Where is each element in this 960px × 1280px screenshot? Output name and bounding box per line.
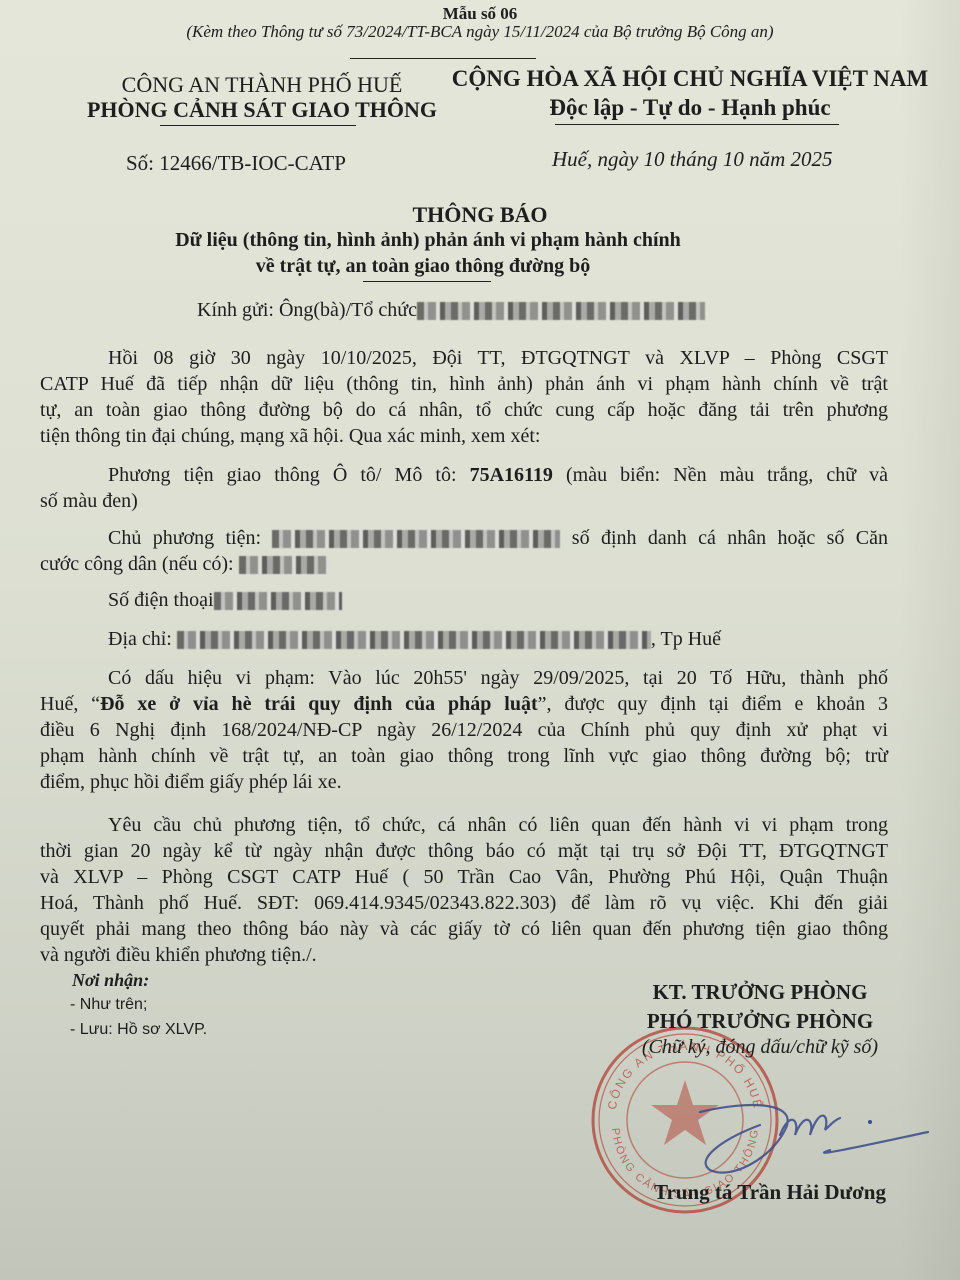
notice-document: Mẫu số 06 (Kèm theo Thông tư số 73/2024/… <box>0 0 960 1280</box>
document-title: THÔNG BÁO <box>0 202 960 228</box>
vehicle-label: Phương tiện giao thông Ô tô/ Mô tô: <box>108 464 470 486</box>
phone-paragraph: Số điện thoại <box>40 587 888 613</box>
recipient-item: - Lưu: Hồ sơ XLVP. <box>70 1021 207 1039</box>
signature-on-behalf: KT. TRƯỞNG PHÒNG <box>580 980 940 1005</box>
owner-paragraph: Chủ phương tiện: số định danh cá nhân ho… <box>40 525 888 577</box>
place-date: Huế, ngày 10 tháng 10 năm 2025 <box>552 147 833 172</box>
recipient-item: - Như trên; <box>70 996 147 1014</box>
text-line: tự, an toàn giao thông đường bộ do cá nh… <box>40 397 888 423</box>
form-reference: (Kèm theo Thông tư số 73/2024/TT-BCA ngà… <box>0 22 960 42</box>
text-line: tiện thông tin đại chúng, mạng xã hội. Q… <box>40 423 888 449</box>
signer-name: Trung tá Trần Hải Dương <box>580 1180 960 1205</box>
title-underline <box>363 281 491 282</box>
text-line: thời gian 20 ngày kể từ ngày nhận được t… <box>40 838 888 864</box>
redacted-recipient <box>417 302 705 320</box>
org-underline <box>160 125 356 126</box>
text-line: Huế, “Đỗ xe ở vỉa hè trái quy định của p… <box>40 691 888 717</box>
handwritten-signature-icon <box>690 1080 930 1190</box>
text-line: Hồi 08 giờ 30 ngày 10/10/2025, Đội TT, Đ… <box>40 345 888 371</box>
text-line: và người điều khiển phương tiện./. <box>40 942 888 968</box>
text-line: Có dấu hiệu vi phạm: Vào lúc 20h55' ngày… <box>40 665 888 691</box>
text-line: Phương tiện giao thông Ô tô/ Mô tô: 75A1… <box>40 462 888 488</box>
document-number: Số: 12466/TB-IOC-CATP <box>126 151 346 176</box>
text-line: CATP Huế đã tiếp nhận dữ liệu (thông tin… <box>40 371 888 397</box>
address-suffix: , Tp Huế <box>651 628 721 650</box>
motto-underline <box>555 124 839 125</box>
signature-position: PHÓ TRƯỞNG PHÒNG <box>580 1009 940 1034</box>
org-parent: CÔNG AN THÀNH PHỐ HUẾ <box>62 72 462 98</box>
text-line: và XLVP – Phòng CSGT CATP Huế ( 50 Trần … <box>40 864 888 890</box>
text-line: phạm hành chính về trật tự, an toàn giao… <box>40 743 888 769</box>
text-line: quyết phải mang theo thông báo này và cá… <box>40 916 888 942</box>
form-number: Mẫu số 06 <box>0 4 960 24</box>
text-fragment: ”, được quy định tại điểm e khoản 3 <box>538 693 888 715</box>
owner-label: Chủ phương tiện: <box>108 527 272 549</box>
redacted-phone <box>214 592 342 610</box>
national-motto: Độc lập - Tự do - Hạnh phúc <box>440 95 940 121</box>
document-subtitle-1: Dữ liệu (thông tin, hình ảnh) phản ánh v… <box>0 229 856 252</box>
org-unit: PHÒNG CẢNH SÁT GIAO THÔNG <box>62 97 462 123</box>
violation-description: Đỗ xe ở vỉa hè trái quy định của pháp lu… <box>100 693 538 715</box>
vehicle-paragraph: Phương tiện giao thông Ô tô/ Mô tô: 75A1… <box>40 462 888 514</box>
recipient-line: Kính gửi: Ông(bà)/Tổ chức <box>197 299 705 322</box>
recipients-label: Nơi nhận: <box>72 970 149 991</box>
signature-note: (Chữ ký, đóng dấu/chữ kỹ số) <box>580 1036 940 1059</box>
nation-name: CỘNG HÒA XÃ HỘI CHỦ NGHĨA VIỆT NAM <box>440 66 940 92</box>
text-line: Hoá, Thành phố Huế. SĐT: 069.414.9345/02… <box>40 890 888 916</box>
text-line: Số điện thoại <box>40 587 888 613</box>
text-line: điểm, phục hồi điểm giấy phép lái xe. <box>40 769 888 795</box>
text-line: Yêu cầu chủ phương tiện, tổ chức, cá nhâ… <box>40 812 888 838</box>
id-label-2: cước công dân (nếu có): <box>40 553 239 575</box>
intro-paragraph: Hồi 08 giờ 30 ngày 10/10/2025, Đội TT, Đ… <box>40 345 888 449</box>
redacted-address <box>177 631 651 649</box>
address-paragraph: Địa chỉ: , Tp Huế <box>40 626 888 652</box>
text-line: cước công dân (nếu có): <box>40 551 888 577</box>
license-plate: 75A16119 <box>470 464 553 486</box>
address-label: Địa chỉ: <box>108 628 177 650</box>
redacted-id <box>239 556 329 574</box>
text-line: Địa chỉ: , Tp Huế <box>40 626 888 652</box>
divider <box>350 58 536 59</box>
plate-color: (màu biển: Nền màu trắng, chữ và <box>553 464 888 486</box>
text-fragment: Huế, “ <box>40 693 100 715</box>
redacted-owner-name <box>272 530 560 548</box>
request-paragraph: Yêu cầu chủ phương tiện, tổ chức, cá nhâ… <box>40 812 888 968</box>
text-line: Chủ phương tiện: số định danh cá nhân ho… <box>40 525 888 551</box>
recipient-label: Kính gửi: Ông(bà)/Tổ chức <box>197 299 417 321</box>
document-subtitle-2: về trật tự, an toàn giao thông đường bộ <box>0 255 846 278</box>
text-line: điều 6 Nghị định 168/2024/NĐ-CP ngày 26/… <box>40 717 888 743</box>
phone-label: Số điện thoại <box>108 589 214 611</box>
id-label: số định danh cá nhân hoặc số Căn <box>560 527 888 549</box>
text-line: số màu đen) <box>40 488 888 514</box>
violation-paragraph: Có dấu hiệu vi phạm: Vào lúc 20h55' ngày… <box>40 665 888 795</box>
